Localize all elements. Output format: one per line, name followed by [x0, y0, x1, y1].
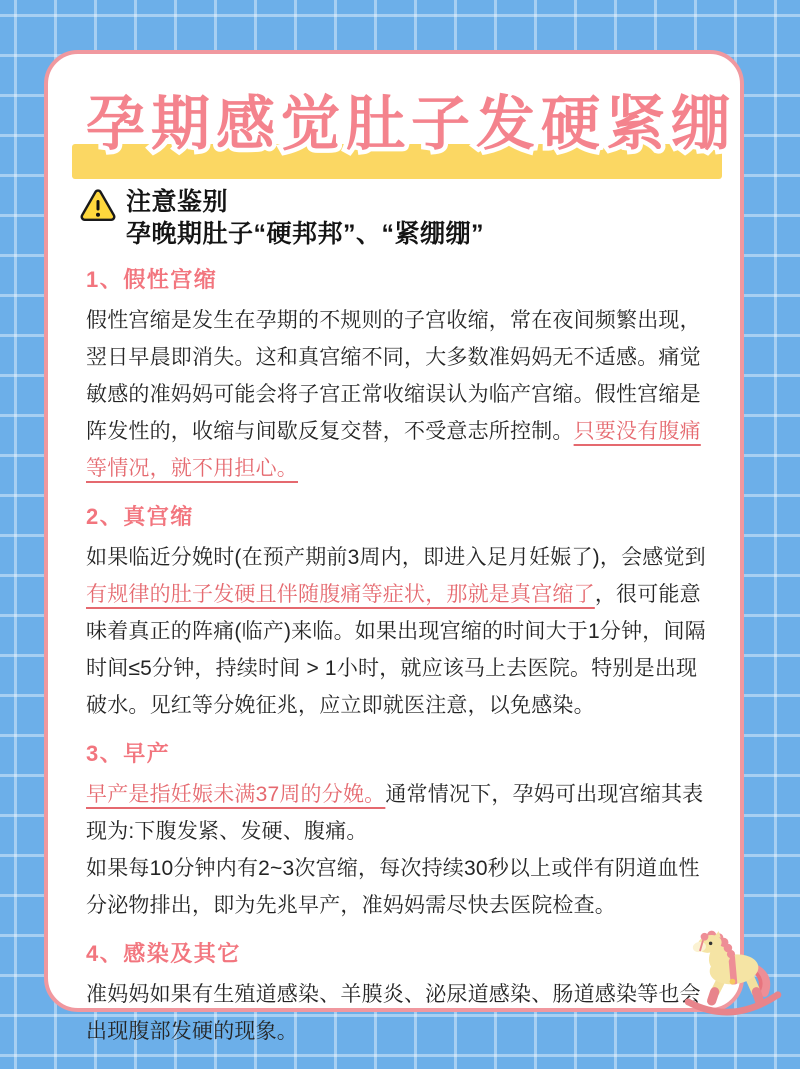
warning-subtitle: 孕晚期肚子“硬邦邦”、“紧绷绷” [126, 218, 484, 250]
warning-heading: 注意鉴别 [126, 186, 484, 218]
page-title: 孕期感觉肚子发硬紧绷孕期感觉肚子发硬紧绷 [86, 78, 712, 180]
title-fill-layer: 孕期感觉肚子发硬紧绷 [86, 89, 736, 158]
section-3-paragraph-2: 如果每10分钟内有2~3次宫缩，每次持续30秒以上或伴有阴道血性分泌物排出，即为… [86, 850, 712, 924]
section-3-emphasis: 早产是指妊娠未满37周的分娩。 [86, 783, 385, 806]
section-2-emphasis: 有规律的肚子发硬且伴随腹痛等症状，那就是真宫缩了 [86, 583, 595, 606]
section-4-heading: 4、感染及其它 [86, 937, 712, 968]
section-2-paragraph: 如果临近分娩时(在预产期前3周内，即进入足月妊娠了)，会感觉到有规律的肚子发硬且… [86, 539, 712, 724]
section-2-heading: 2、真宫缩 [86, 500, 712, 531]
content-card: 孕期感觉肚子发硬紧绷孕期感觉肚子发硬紧绷 注意鉴别 孕晚期肚子“硬邦邦”、“紧绷… [44, 50, 744, 1012]
section-3-paragraph-1: 早产是指妊娠未满37周的分娩。通常情况下，孕妈可出现宫缩其表现为:下腹发紧、发硬… [86, 776, 712, 850]
section-3-heading: 3、早产 [86, 737, 712, 768]
title-text: 孕期感觉肚子发硬紧绷孕期感觉肚子发硬紧绷 [86, 78, 712, 170]
warning-block: 注意鉴别 孕晚期肚子“硬邦邦”、“紧绷绷” [80, 186, 712, 250]
infographic-page: { "title": { "text": "孕期感觉肚子发硬紧绷" }, "wa… [0, 0, 800, 1069]
warning-icon [80, 189, 116, 228]
section-1-paragraph: 假性宫缩是发生在孕期的不规则的子宫收缩，常在夜间频繁出现，翌日早晨即消失。这和真… [86, 302, 712, 487]
rocking-horse-illustration [676, 930, 788, 1025]
section-4-paragraph: 准妈妈如果有生殖道感染、羊膜炎、泌尿道感染、肠道感染等也会出现腹部发硬的现象。 [86, 976, 712, 1050]
section-1-heading: 1、假性宫缩 [86, 263, 712, 294]
section-infection-other: 4、感染及其它 准妈妈如果有生殖道感染、羊膜炎、泌尿道感染、肠道感染等也会出现腹… [86, 937, 712, 1050]
section-preterm-birth: 3、早产 早产是指妊娠未满37周的分娩。通常情况下，孕妈可出现宫缩其表现为:下腹… [86, 737, 712, 924]
section-true-contractions: 2、真宫缩 如果临近分娩时(在预产期前3周内，即进入足月妊娠了)，会感觉到有规律… [86, 500, 712, 724]
warning-text: 注意鉴别 孕晚期肚子“硬邦邦”、“紧绷绷” [126, 186, 484, 250]
section-false-contractions: 1、假性宫缩 假性宫缩是发生在孕期的不规则的子宫收缩，常在夜间频繁出现，翌日早晨… [86, 263, 712, 487]
section-2-text-a: 如果临近分娩时(在预产期前3周内，即进入足月妊娠了)，会感觉到 [86, 546, 706, 569]
